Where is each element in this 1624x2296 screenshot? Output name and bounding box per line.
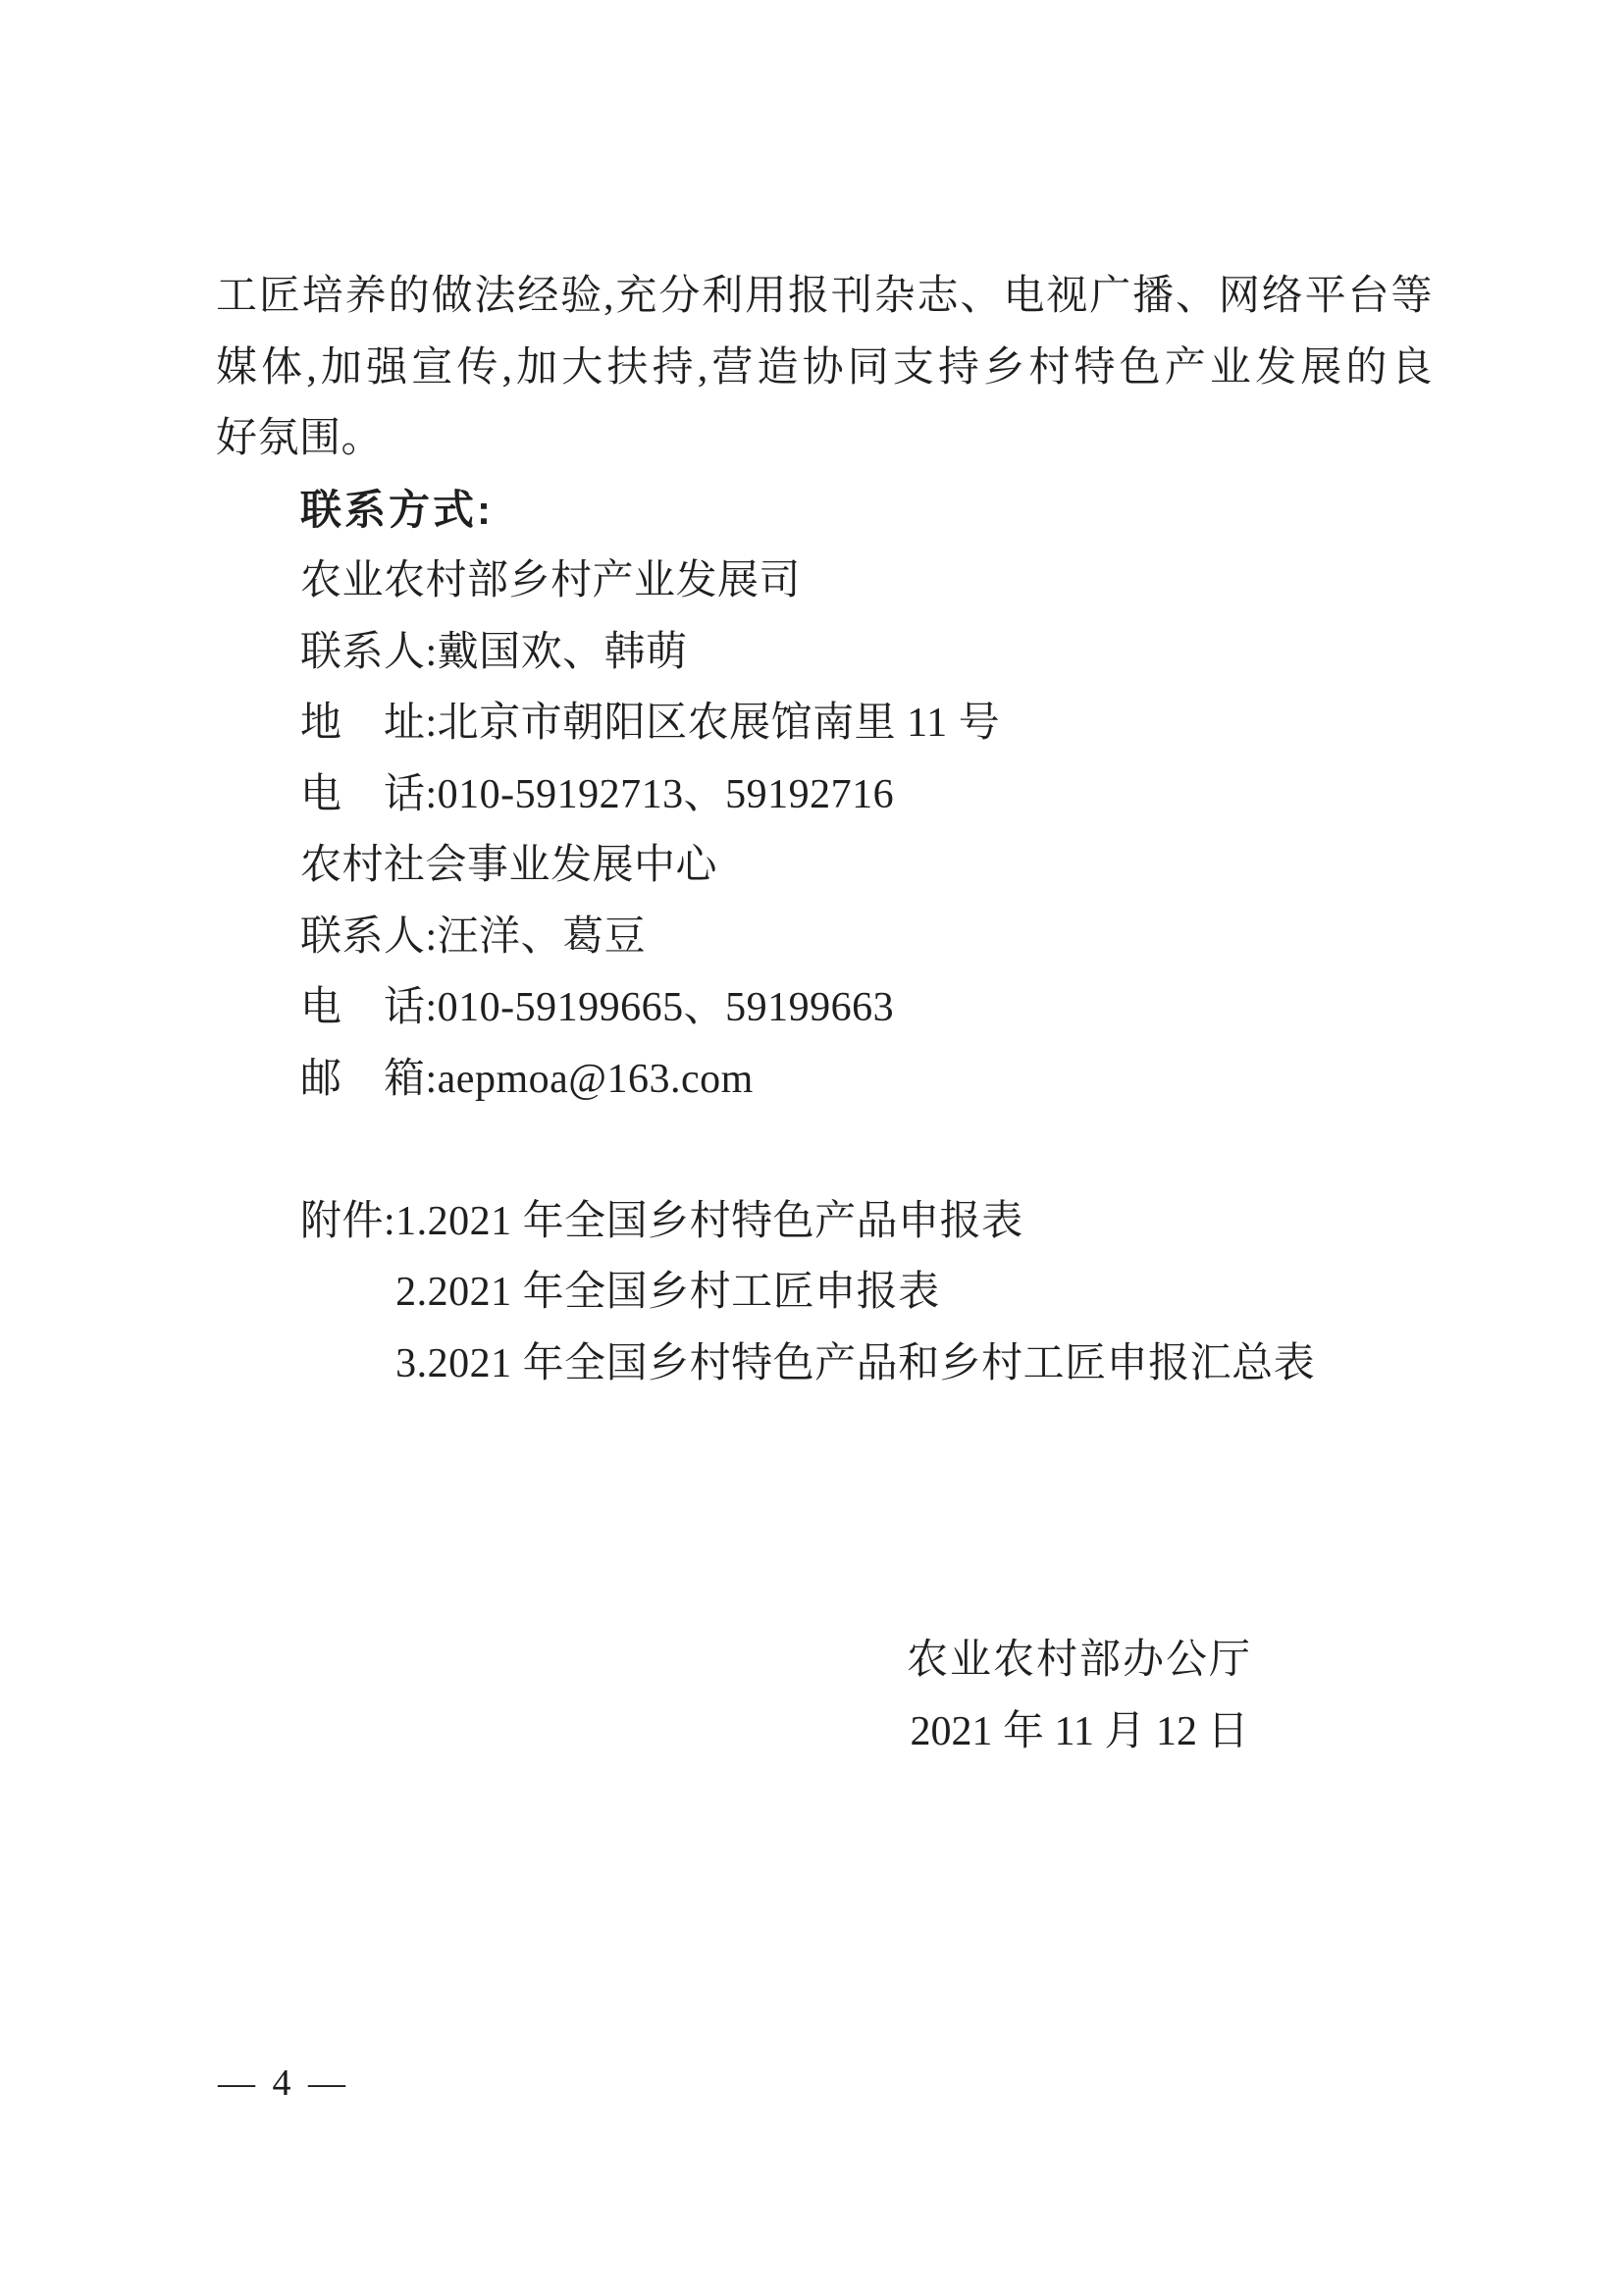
paragraph-line: 媒体,加强宣传,加大扶持,营造协同支持乡村特色产业发展的良: [216, 333, 1433, 404]
attachments-label: 附件:: [300, 1186, 395, 1258]
contact-line-center: 农村社会事业发展中心: [216, 830, 1433, 902]
contact-line-phone: 电 话:010-59192713、59192716: [216, 759, 1433, 831]
document-body: 工匠培养的做法经验,充分利用报刊杂志、电视广播、网络平台等 媒体,加强宣传,加大…: [216, 261, 1433, 1399]
contact-line-address: 地 址:北京市朝阳区农展馆南里 11 号: [216, 688, 1433, 759]
paragraph-line: 好氛围。: [216, 403, 1433, 475]
attachments-block: 附件: 1.2021 年全国乡村特色产品申报表 2.2021 年全国乡村工匠申报…: [216, 1186, 1433, 1400]
attachment-item: 2.2021 年全国乡村工匠申报表: [395, 1257, 1433, 1329]
page-number: — 4 —: [218, 2059, 349, 2108]
signature-date: 2021 年 11 月 12 日: [765, 1696, 1393, 1768]
contact-line-person: 联系人:汪洋、葛豆: [216, 902, 1433, 973]
contact-line-department: 农业农村部乡村产业发展司: [216, 546, 1433, 617]
document-page: 工匠培养的做法经验,充分利用报刊杂志、电视广播、网络平台等 媒体,加强宣传,加大…: [0, 0, 1624, 2296]
signature-organization: 农业农村部办公厅: [765, 1625, 1393, 1696]
paragraph-line: 工匠培养的做法经验,充分利用报刊杂志、电视广播、网络平台等: [216, 261, 1433, 333]
contact-line-email: 邮 箱:aepmoa@163.com: [216, 1044, 1433, 1116]
signature-block: 农业农村部办公厅 2021 年 11 月 12 日: [765, 1625, 1393, 1767]
blank-line: [216, 1115, 1433, 1186]
attachment-item: 1.2021 年全国乡村特色产品申报表: [395, 1186, 1433, 1258]
contact-line-person: 联系人:戴国欢、韩萌: [216, 617, 1433, 689]
attachment-item: 3.2021 年全国乡村特色产品和乡村工匠申报汇总表: [395, 1329, 1433, 1400]
attachments-list: 1.2021 年全国乡村特色产品申报表 2.2021 年全国乡村工匠申报表 3.…: [395, 1186, 1433, 1400]
contact-line-phone: 电 话:010-59199665、59199663: [216, 972, 1433, 1044]
contact-heading: 联系方式:: [216, 475, 1433, 547]
